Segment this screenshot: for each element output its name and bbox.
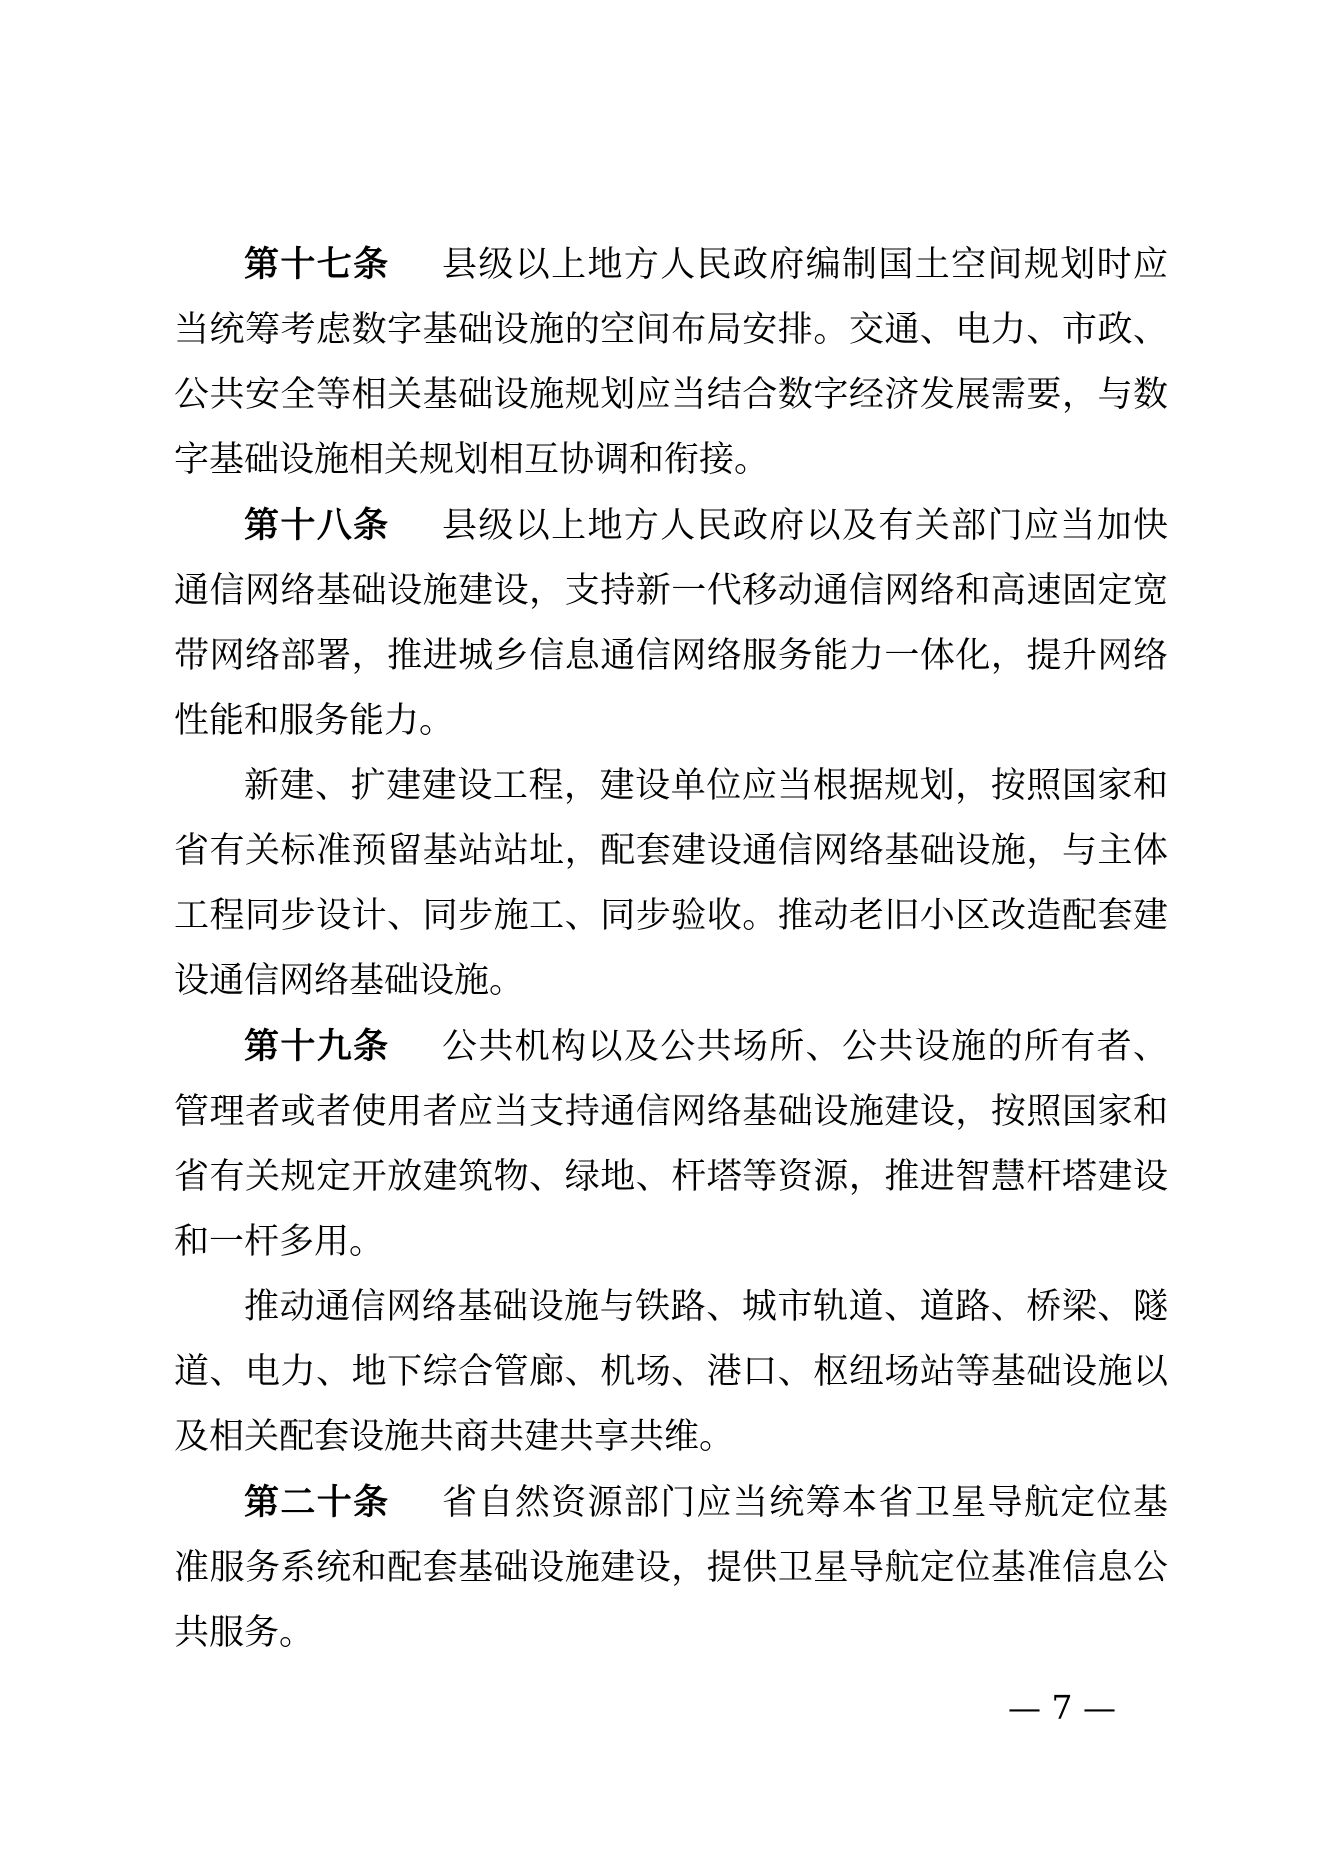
page-number: — 7 — [1008, 1688, 1116, 1728]
paragraph-article-18-continuation: 新建、扩建建设工程，建设单位应当根据规划，按照国家和省有关标准预留基站站址，配套… [174, 754, 1168, 1014]
article-18-continuation-text: 新建、扩建建设工程，建设单位应当根据规划，按照国家和省有关标准预留基站站址，配套… [174, 766, 1168, 1001]
article-20-number: 第二十条 [244, 1482, 389, 1523]
document-body: 第十七条县级以上地方人民政府编制国土空间规划时应当统筹考虑数字基础设施的空间布局… [174, 232, 1168, 1666]
paragraph-article-19: 第十九条公共机构以及公共场所、公共设施的所有者、管理者或者使用者应当支持通信网络… [174, 1014, 1168, 1275]
document-page: 第十七条县级以上地方人民政府编制国土空间规划时应当统筹考虑数字基础设施的空间布局… [0, 0, 1323, 1871]
paragraph-article-18: 第十八条县级以上地方人民政府以及有关部门应当加快通信网络基础设施建设，支持新一代… [174, 493, 1168, 754]
article-18-number: 第十八条 [244, 505, 389, 546]
article-17-number: 第十七条 [244, 244, 389, 285]
article-19-continuation-text: 推动通信网络基础设施与铁路、城市轨道、道路、桥梁、隧道、电力、地下综合管廊、机场… [174, 1287, 1168, 1457]
paragraph-article-17: 第十七条县级以上地方人民政府编制国土空间规划时应当统筹考虑数字基础设施的空间布局… [174, 232, 1168, 493]
article-19-number: 第十九条 [244, 1026, 389, 1067]
paragraph-article-20: 第二十条省自然资源部门应当统筹本省卫星导航定位基准服务系统和配套基础设施建设，提… [174, 1470, 1168, 1666]
paragraph-article-19-continuation: 推动通信网络基础设施与铁路、城市轨道、道路、桥梁、隧道、电力、地下综合管廊、机场… [174, 1275, 1168, 1470]
